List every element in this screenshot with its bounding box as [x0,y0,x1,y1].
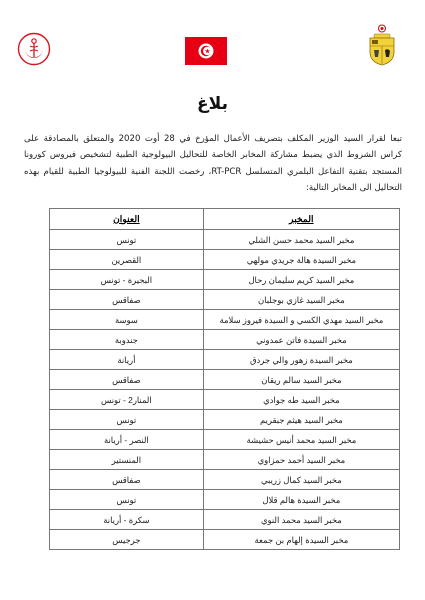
header-lab: المخبر [203,209,399,230]
lab-name: مخبر السيدة إلهام بن جمعة [203,530,399,550]
lab-name: مخبر السيد طه جوادي [203,390,399,410]
table-row: مخبر السيد محمد النويسكرة - أريانة [50,510,400,530]
lab-name: مخبر السيد محمد النوي [203,510,399,530]
lab-address: سوسة [50,310,204,330]
table-row: مخبر السيد أحمد حمزاويالمنستير [50,450,400,470]
lab-name: مخبر السيد محمد حسن الشلي [203,230,399,250]
lab-address: تونس [50,490,204,510]
lab-address: صفاقس [50,470,204,490]
red-crescent-medical-icon [17,32,51,66]
lab-address: سكرة - أريانة [50,510,204,530]
lab-address: جندوبة [50,330,204,350]
medical-emblem-logo [17,32,51,66]
lab-name: مخبر السيدة فاتن عمدوني [203,330,399,350]
table-row: مخبر السيد هيثم جبقريمتونس [50,410,400,430]
tunisia-coat-of-arms-logo [366,24,398,66]
table-row: مخبر السيد غازي بوجلبانصفاقس [50,290,400,310]
lab-address: صفاقس [50,370,204,390]
lab-name: مخبر السيدة زهور والي جردق [203,350,399,370]
lab-name: مخبر السيد كمال زريبي [203,470,399,490]
table-row: مخبر السيد مهدي الكسي و السيدة فيروز سلا… [50,310,400,330]
table-header-row: المخبر العنوان [50,209,400,230]
table-row: مخبر السيد محمد حسن الشليتونس [50,230,400,250]
lab-name: مخبر السيد هيثم جبقريم [203,410,399,430]
lab-name: مخبر السيد محمد أنيس حشيشة [203,430,399,450]
lab-name: مخبر السيد أحمد حمزاوي [203,450,399,470]
lab-name: مخبر السيدة هالم قلال [203,490,399,510]
table-row: مخبر السيد كمال زريبيصفاقس [50,470,400,490]
tunisia-flag-icon [185,37,227,65]
lab-name: مخبر السيد مهدي الكسي و السيدة فيروز سلا… [203,310,399,330]
document-title: بلاغ [0,94,425,114]
coat-of-arms-icon [366,24,398,66]
lab-name: مخبر السيدة هالة جريدي مولهي [203,250,399,270]
labs-table: المخبر العنوان مخبر السيد محمد حسن الشلي… [49,208,400,550]
intro-paragraph: تبعا لقرار السيد الوزير المكلف بتصريف ال… [24,131,402,196]
lab-name: مخبر السيد كريم سليمان رحال [203,270,399,290]
table-row: مخبر السيد كريم سليمان رحالالبحيرة - تون… [50,270,400,290]
lab-address: صفاقس [50,290,204,310]
lab-address: أريانة [50,350,204,370]
table-row: مخبر السيد محمد أنيس حشيشةالنصر - أريانة [50,430,400,450]
crescent-star-icon [198,43,214,59]
table-row: مخبر السيدة فاتن عمدونيجندوبة [50,330,400,350]
lab-address: البحيرة - تونس [50,270,204,290]
lab-address: تونس [50,410,204,430]
lab-address: المنستير [50,450,204,470]
lab-address: تونس [50,230,204,250]
table-row: مخبر السيد سالم ريقانصفاقس [50,370,400,390]
lab-address: النصر - أريانة [50,430,204,450]
lab-address: جرجيس [50,530,204,550]
table-row: مخبر السيدة زهور والي جردقأريانة [50,350,400,370]
table-row: مخبر السيدة هالة جريدي مولهيالقصرين [50,250,400,270]
lab-address: المنار2 - تونس [50,390,204,410]
table-row: مخبر السيد طه جواديالمنار2 - تونس [50,390,400,410]
table-row: مخبر السيدة إلهام بن جمعةجرجيس [50,530,400,550]
lab-address: القصرين [50,250,204,270]
header-address: العنوان [50,209,204,230]
table-row: مخبر السيدة هالم قلالتونس [50,490,400,510]
lab-name: مخبر السيد غازي بوجلبان [203,290,399,310]
lab-name: مخبر السيد سالم ريقان [203,370,399,390]
